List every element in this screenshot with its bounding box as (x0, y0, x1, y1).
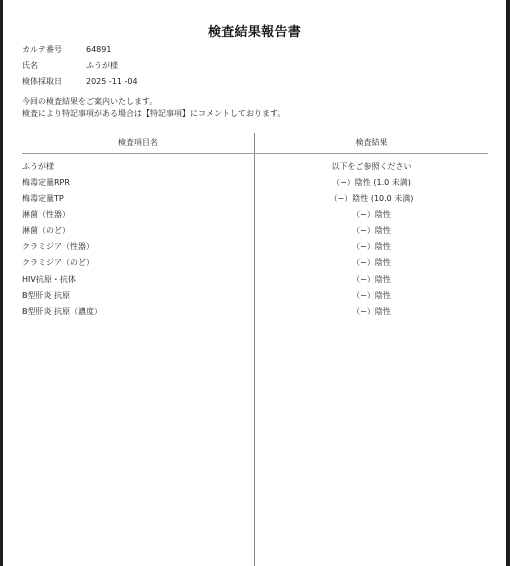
header-divider (22, 153, 488, 154)
test-name: ふうが様 (22, 161, 54, 173)
table-row: 梅毒定量TP （−）陰性 (10.0 未満) (3, 193, 506, 205)
test-name: クラミジア（性器） (22, 241, 94, 253)
table-row: クラミジア（性器） （−）陰性 (3, 241, 506, 253)
intro-text: 検査により特記事項がある場合は【特記事項】にコメントしております。 (22, 108, 285, 120)
intro-text: 今回の検査結果をご案内いたします。 (22, 96, 157, 108)
report-page: 検査結果報告書 カルテ番号 64891 氏名 ふうが様 検体採取日 2025 -… (3, 0, 506, 566)
test-result: 以下をご参照ください (255, 161, 488, 173)
table-row: HIV抗原・抗体 （−）陰性 (3, 274, 506, 286)
test-name: HIV抗原・抗体 (22, 274, 76, 286)
meta-value: 64891 (86, 44, 111, 56)
test-name: 梅毒定量RPR (22, 177, 70, 189)
test-result: （−）陰性 (255, 209, 488, 221)
table-row: 淋菌（性器） （−）陰性 (3, 209, 506, 221)
test-result: （−）陰性 (255, 306, 488, 318)
meta-label: 検体採取日 (22, 76, 62, 88)
table-row: クラミジア（のど） （−）陰性 (3, 257, 506, 269)
header-test-name: 検査項目名 (22, 137, 254, 149)
meta-value: 2025 -11 -04 (86, 76, 138, 88)
test-name: 淋菌（のど） (22, 225, 70, 237)
header-test-result: 検査結果 (255, 137, 488, 149)
report-title: 検査結果報告書 (3, 21, 506, 40)
meta-label: カルテ番号 (22, 44, 62, 56)
test-name: B型肝炎 抗原 (22, 290, 70, 302)
test-name: 梅毒定量TP (22, 193, 64, 205)
test-result: （−）陰性 (255, 257, 488, 269)
table-row: ふうが様 以下をご参照ください (3, 161, 506, 173)
test-name: B型肝炎 抗原（濃度） (22, 306, 102, 318)
meta-value: ふうが様 (86, 60, 118, 72)
meta-label: 氏名 (22, 60, 38, 72)
test-result: （−）陰性 (255, 241, 488, 253)
test-name: クラミジア（のど） (22, 257, 94, 269)
test-result: （−）陰性 (255, 225, 488, 237)
table-row: 淋菌（のど） （−）陰性 (3, 225, 506, 237)
test-result: （−）陰性 (10.0 未満) (255, 193, 488, 205)
table-row: B型肝炎 抗原（濃度） （−）陰性 (3, 306, 506, 318)
table-row: B型肝炎 抗原 （−）陰性 (3, 290, 506, 302)
test-result: （−）陰性 (255, 290, 488, 302)
test-name: 淋菌（性器） (22, 209, 70, 221)
test-result: （−）陰性 (1.0 未満) (255, 177, 488, 189)
test-result: （−）陰性 (255, 274, 488, 286)
table-row: 梅毒定量RPR （−）陰性 (1.0 未満) (3, 177, 506, 189)
